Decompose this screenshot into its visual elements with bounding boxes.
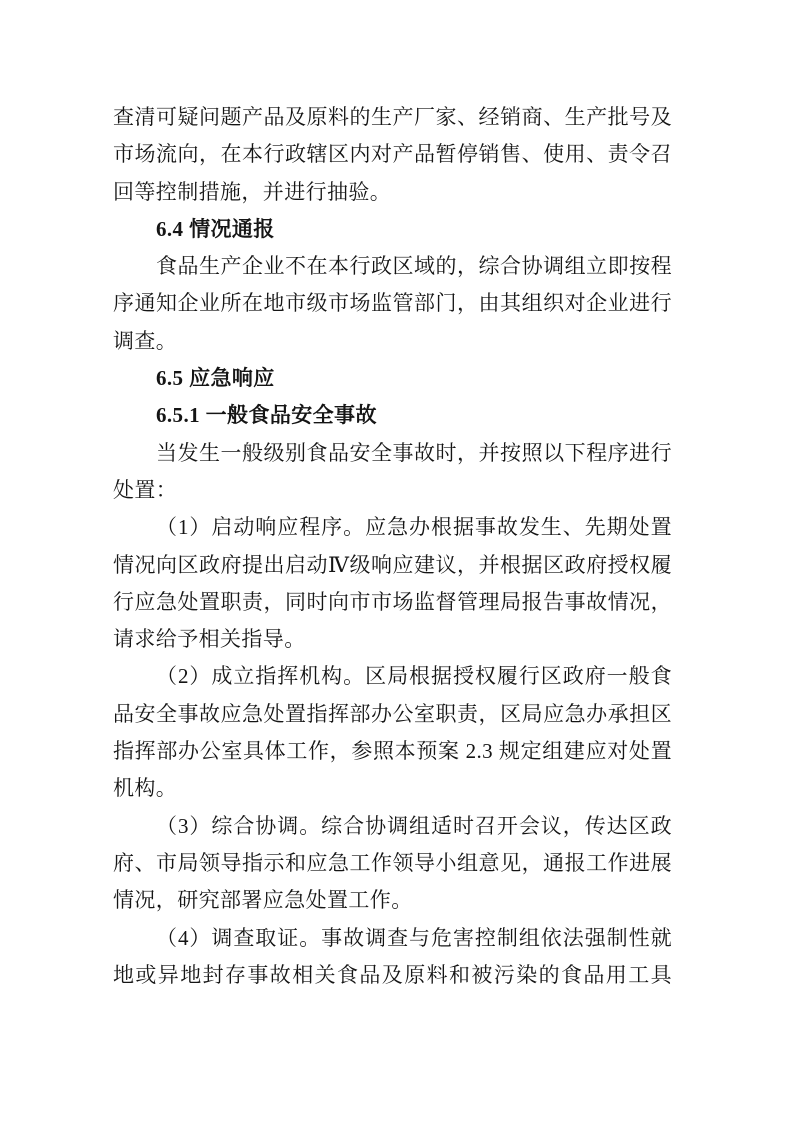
document-page: 查清可疑问题产品及原料的生产厂家、经销商、生产批号及 市场流向，在本行政辖区内对… bbox=[0, 0, 793, 1122]
text-line: 情况，研究部署应急处置工作。 bbox=[113, 882, 672, 919]
text-line: 行应急处置职责，同时向市市场监督管理局报告事故情况， bbox=[113, 584, 672, 621]
text-line: 机构。 bbox=[113, 770, 672, 807]
text-line: 当发生一般级别食品安全事故时，并按照以下程序进行 bbox=[113, 435, 672, 472]
section-heading-6-4: 6.4 情况通报 bbox=[113, 211, 672, 248]
text-line: 府、市局领导指示和应急工作领导小组意见，通报工作进展 bbox=[113, 845, 672, 882]
text-line: 情况向区政府提出启动Ⅳ级响应建议，并根据区政府授权履 bbox=[113, 547, 672, 584]
text-line: 序通知企业所在地市级市场监管部门，由其组织对企业进行 bbox=[113, 285, 672, 322]
text-line-item-4: （4）调查取证。事故调查与危害控制组依法强制性就 bbox=[113, 920, 672, 957]
text-line-item-3: （3）综合协调。综合协调组适时召开会议，传达区政 bbox=[113, 808, 672, 845]
text-line-item-2: （2）成立指挥机构。区局根据授权履行区政府一般食 bbox=[113, 658, 672, 695]
text-line: 调查。 bbox=[113, 323, 672, 360]
text-line: 回等控制措施，并进行抽验。 bbox=[113, 174, 672, 211]
text-line: 查清可疑问题产品及原料的生产厂家、经销商、生产批号及 bbox=[113, 99, 672, 136]
text-line: 指挥部办公室具体工作，参照本预案 2.3 规定组建应对处置 bbox=[113, 733, 672, 770]
text-line: 处置： bbox=[113, 472, 672, 509]
text-line: 食品生产企业不在本行政区域的，综合协调组立即按程 bbox=[113, 248, 672, 285]
text-line: 请求给予相关指导。 bbox=[113, 621, 672, 658]
text-line: 地或异地封存事故相关食品及原料和被污染的食品用工具 bbox=[113, 957, 672, 994]
section-heading-6-5: 6.5 应急响应 bbox=[113, 360, 672, 397]
text-line: 品安全事故应急处置指挥部办公室职责，区局应急办承担区 bbox=[113, 696, 672, 733]
text-line-item-1: （1）启动响应程序。应急办根据事故发生、先期处置 bbox=[113, 509, 672, 546]
text-line: 市场流向，在本行政辖区内对产品暂停销售、使用、责令召 bbox=[113, 136, 672, 173]
section-heading-6-5-1: 6.5.1 一般食品安全事故 bbox=[113, 397, 672, 434]
document-text-block: 查清可疑问题产品及原料的生产厂家、经销商、生产批号及 市场流向，在本行政辖区内对… bbox=[113, 99, 672, 994]
